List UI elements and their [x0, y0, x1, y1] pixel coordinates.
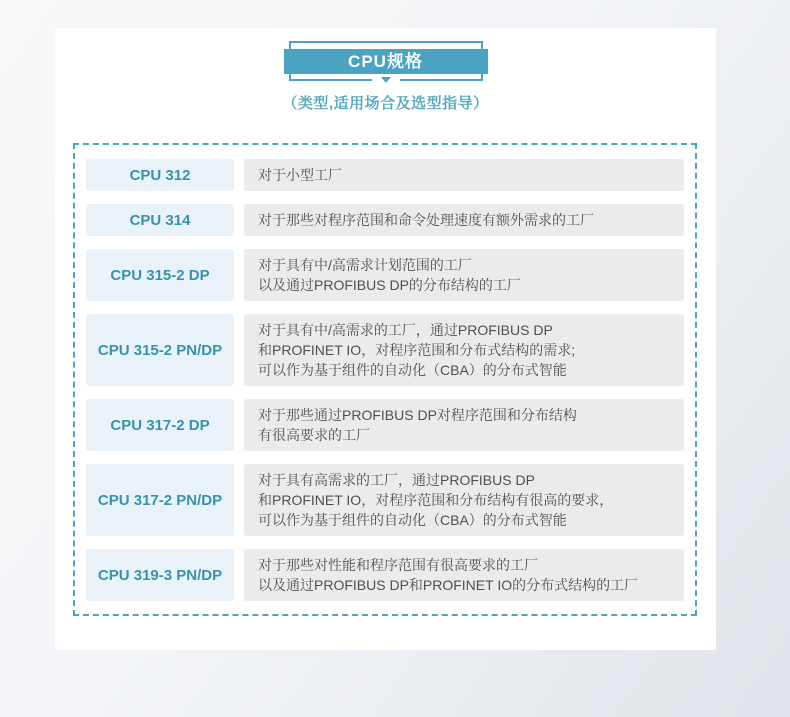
table-row: CPU 317-2 PN/DP 对于具有高需求的工厂，通过PROFIBUS DP…: [86, 464, 684, 536]
cpu-description-cell: 对于那些通过PROFIBUS DP对程序范围和分布结构 有很高要求的工厂: [244, 399, 684, 451]
table-row: CPU 312 对于小型工厂: [86, 159, 684, 191]
table-row: CPU 319-3 PN/DP 对于那些对性能和程序范围有很高要求的工厂 以及通…: [86, 549, 684, 601]
table-row: CPU 315-2 DP 对于具有中/高需求计划范围的工厂 以及通过PROFIB…: [86, 249, 684, 301]
table-row: CPU 317-2 DP 对于那些通过PROFIBUS DP对程序范围和分布结构…: [86, 399, 684, 451]
content-card: CPU规格 （类型,适用场合及选型指导） CPU 312 对于小型工厂 CPU …: [55, 28, 716, 650]
cpu-description-cell: 对于那些对程序范围和命令处理速度有额外需求的工厂: [244, 204, 684, 236]
cpu-description-cell: 对于那些对性能和程序范围有很高要求的工厂 以及通过PROFIBUS DP和PRO…: [244, 549, 684, 601]
cpu-model-cell: CPU 315-2 PN/DP: [86, 314, 234, 386]
cpu-model-cell: CPU 317-2 DP: [86, 399, 234, 451]
page-title: CPU规格: [284, 49, 488, 74]
cpu-model-cell: CPU 314: [86, 204, 234, 236]
cpu-description-cell: 对于具有高需求的工厂，通过PROFIBUS DP 和PROFINET IO，对程…: [244, 464, 684, 536]
cpu-description-cell: 对于小型工厂: [244, 159, 684, 191]
down-triangle-icon: [381, 77, 391, 83]
cpu-table: CPU 312 对于小型工厂 CPU 314 对于那些对程序范围和命令处理速度有…: [73, 143, 697, 616]
cpu-description-cell: 对于具有中/高需求的工厂，通过PROFIBUS DP 和PROFINET IO，…: [244, 314, 684, 386]
cpu-description-cell: 对于具有中/高需求计划范围的工厂 以及通过PROFIBUS DP的分布结构的工厂: [244, 249, 684, 301]
cpu-model-cell: CPU 312: [86, 159, 234, 191]
cpu-model-cell: CPU 317-2 PN/DP: [86, 464, 234, 536]
title-banner: CPU规格: [284, 41, 488, 81]
table-row: CPU 314 对于那些对程序范围和命令处理速度有额外需求的工厂: [86, 204, 684, 236]
cpu-model-cell: CPU 319-3 PN/DP: [86, 549, 234, 601]
table-row: CPU 315-2 PN/DP 对于具有中/高需求的工厂，通过PROFIBUS …: [86, 314, 684, 386]
page-background: { "header": { "title": "CPU规格", "subtitl…: [0, 0, 790, 717]
page-subtitle: （类型,适用场合及选型指导）: [55, 92, 716, 113]
cpu-model-cell: CPU 315-2 DP: [86, 249, 234, 301]
